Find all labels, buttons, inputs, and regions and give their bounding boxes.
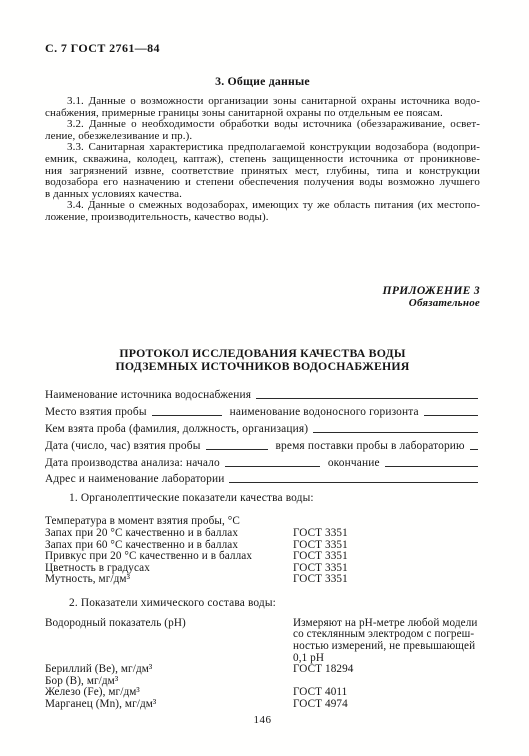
form-line-analysis-date: Дата производства анализа: начало оконча… — [45, 452, 480, 469]
form-line-lab-address: Адрес и наименование лаборатории — [45, 469, 480, 486]
gost-reference: ГОСТ 3351 — [293, 528, 480, 540]
blank-field — [313, 430, 478, 433]
chemical-table: Водородный показатель (pH) Измеряют на p… — [45, 618, 480, 711]
paragraph-line: ложение, производительность, качество во… — [45, 212, 480, 224]
gost-reference: ГОСТ 4974 — [293, 699, 480, 711]
document-page: С. 7 ГОСТ 2761—84 3. Общие данные 3.1. Д… — [0, 0, 529, 756]
paragraph-3-3: 3.3. Санитарная характеристика предполаг… — [45, 142, 480, 200]
form-label: Дата (число, час) взятия пробы — [45, 440, 201, 452]
form-line-source-name: Наименование источника водоснабжения — [45, 385, 480, 402]
gost-reference: ГОСТ 3351 — [293, 551, 480, 563]
parameter-label: Привкус при 20 °С качественно и в баллах — [45, 551, 293, 563]
paragraph-3-4: 3.4. Данные о смежных водозаборах, имеющ… — [45, 200, 480, 223]
blank-field — [385, 464, 478, 467]
gost-reference: ГОСТ 18294 — [293, 664, 480, 676]
section-1-heading: 1. Органолептические показатели качества… — [45, 492, 480, 504]
table-row-ph: Водородный показатель (pH) Измеряют на p… — [45, 618, 480, 664]
form-label: Кем взята проба (фамилия, должность, орг… — [45, 423, 308, 435]
table-row: Привкус при 20 °С качественно и в баллах… — [45, 551, 480, 563]
table-row: Марганец (Mn), мг/дм³ ГОСТ 4974 — [45, 699, 480, 711]
gost-reference: ГОСТ 3351 — [293, 574, 480, 586]
parameter-label: Водородный показатель (pH) — [45, 618, 293, 664]
form-line-sample-date: Дата (число, час) взятия пробы время пос… — [45, 435, 480, 452]
method-note-line: ностью измерений, не превышающей — [293, 641, 480, 653]
blank-field — [229, 480, 478, 483]
page-header: С. 7 ГОСТ 2761—84 — [45, 42, 480, 55]
form-label: Место взятия пробы — [45, 406, 147, 418]
parameter-label: Мутность, мг/дм³ — [45, 574, 293, 586]
form-label: Дата производства анализа: начало — [45, 457, 220, 469]
blank-field — [470, 447, 478, 450]
table-row: Мутность, мг/дм³ ГОСТ 3351 — [45, 574, 480, 586]
paragraph-3-2: 3.2. Данные о необходимости обработки во… — [45, 119, 480, 142]
blank-field — [152, 413, 222, 416]
form-label: наименование водоносного горизонта — [230, 406, 419, 418]
organoleptic-table: Температура в момент взятия пробы, °С За… — [45, 516, 480, 586]
appendix-subtitle: Обязательное — [45, 297, 480, 310]
protocol-title: ПРОТОКОЛ ИССЛЕДОВАНИЯ КАЧЕСТВА ВОДЫ ПОДЗ… — [45, 347, 480, 374]
blank-field — [206, 447, 268, 450]
form-label: Наименование источника водоснабжения — [45, 389, 251, 401]
blank-field — [256, 396, 478, 399]
form-label: время поставки пробы в лабораторию — [276, 440, 465, 452]
section-2-heading: 2. Показатели химического состава воды: — [45, 597, 480, 609]
paragraph-line: 3.1. Данные о возможности организации зо… — [45, 96, 480, 108]
parameter-label: Запах при 20 °С качественно и в баллах — [45, 528, 293, 540]
form-line-sampled-by: Кем взята проба (фамилия, должность, орг… — [45, 418, 480, 435]
protocol-form: Наименование источника водоснабжения Мес… — [45, 385, 480, 486]
paragraph-line: водозабора его назначению и степени обес… — [45, 177, 480, 189]
parameter-label: Марганец (Mn), мг/дм³ — [45, 699, 293, 711]
method-note: Измеряют на pH-метре любой модели со сте… — [293, 618, 480, 664]
blank-field — [424, 413, 478, 416]
appendix-block: ПРИЛОЖЕНИЕ 3 Обязательное — [45, 284, 480, 310]
protocol-title-line: ПОДЗЕМНЫХ ИСТОЧНИКОВ ВОДОСНАБЖЕНИЯ — [45, 360, 480, 374]
appendix-label: ПРИЛОЖЕНИЕ 3 — [45, 284, 480, 297]
page-number: 146 — [45, 714, 480, 726]
protocol-title-line: ПРОТОКОЛ ИССЛЕДОВАНИЯ КАЧЕСТВА ВОДЫ — [45, 347, 480, 361]
form-label: окончание — [328, 457, 380, 469]
paragraph-line: емник, скважина, колодец, каптаж), степе… — [45, 154, 480, 166]
section-3-title: 3. Общие данные — [45, 75, 480, 88]
form-label: Адрес и наименование лаборатории — [45, 473, 224, 485]
general-data-section: 3.1. Данные о возможности организации зо… — [45, 96, 480, 224]
paragraph-3-1: 3.1. Данные о возможности организации зо… — [45, 96, 480, 119]
blank-field — [225, 464, 320, 467]
table-row: Запах при 20 °С качественно и в баллах Г… — [45, 528, 480, 540]
form-line-sample-place: Место взятия пробы наименование водоносн… — [45, 401, 480, 418]
